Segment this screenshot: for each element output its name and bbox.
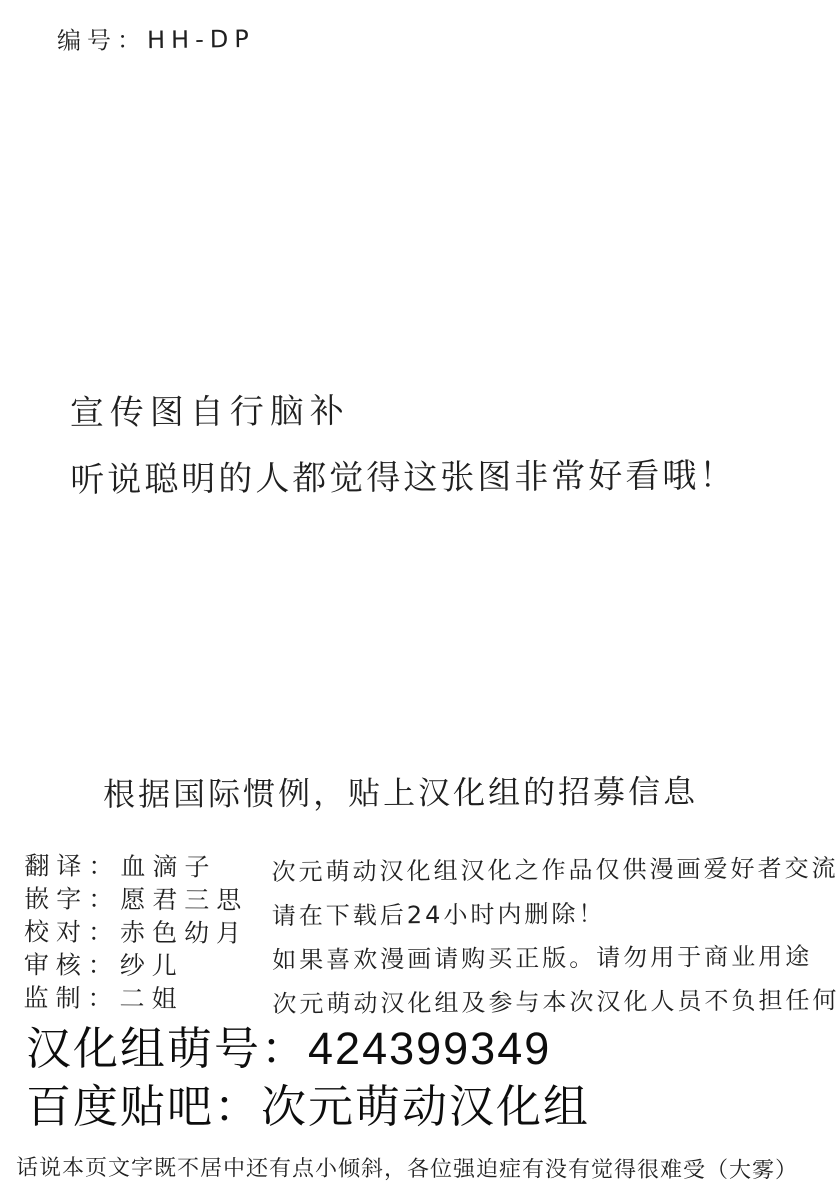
credit-name: 赤色幼月 [120, 918, 248, 948]
credit-row-translator: 翻译：血滴子 [24, 849, 248, 884]
recruit-header: 根据国际惯例，贴上汉化组的招募信息 [103, 766, 698, 815]
serial-number: 编号：HH-DP [57, 19, 255, 56]
footnote-joke: 话说本页文字既不居中还有点小倾斜，各位强迫症有没有觉得很难受（大雾） [16, 1151, 798, 1185]
scanlation-credits-page: 编号：HH-DP 宣传图自行脑补 听说聪明的人都觉得这张图非常好看哦！ 根据国际… [0, 0, 836, 1200]
credit-role: 监制 [23, 983, 87, 1012]
credits-list: 翻译：血滴子 嵌字：愿君三思 校对：赤色幼月 审核：纱儿 监制：二姐 [23, 849, 248, 1016]
credit-colon: ： [88, 885, 120, 914]
disclaimer-line-4: 次元萌动汉化组及参与本次汉化人员不负担任何责任 [272, 978, 836, 1026]
credit-name: 愿君三思 [120, 885, 248, 915]
credit-role: 校对 [24, 917, 88, 946]
promo-line-1: 宣传图自行脑补 [70, 381, 736, 435]
credit-colon: ： [88, 918, 120, 947]
credit-colon: ： [87, 984, 119, 1013]
credit-role: 翻译 [24, 851, 88, 880]
credit-row-supervisor: 监制：二姐 [23, 981, 247, 1016]
credit-colon: ： [88, 951, 120, 980]
qq-group-line: 汉化组萌号：424399349 [26, 1020, 590, 1078]
disclaimer-line-3: 如果喜欢漫画请购买正版。请勿用于商业用途 [272, 934, 836, 982]
credit-role: 审核 [24, 950, 88, 979]
credit-row-proofreader: 校对：赤色幼月 [24, 915, 248, 950]
credit-colon: ： [88, 852, 120, 881]
promo-line-2: 听说聪明的人都觉得这张图非常好看哦！ [70, 448, 736, 502]
credit-row-reviewer: 审核：纱儿 [24, 948, 248, 983]
credit-name: 血滴子 [120, 852, 216, 882]
credit-role: 嵌字 [24, 884, 88, 913]
disclaimer-line-1: 次元萌动汉化组汉化之作品仅供漫画爱好者交流 [271, 846, 836, 894]
tieba-name: 次元萌动汉化组 [261, 1081, 590, 1132]
promo-note: 宣传图自行脑补 听说聪明的人都觉得这张图非常好看哦！ [70, 381, 737, 502]
tieba-label: 百度贴吧： [26, 1081, 261, 1132]
credit-name: 二姐 [119, 984, 183, 1013]
credit-row-typesetter: 嵌字：愿君三思 [24, 882, 248, 917]
disclaimer-block: 次元萌动汉化组汉化之作品仅供漫画爱好者交流 请在下载后24小时内删除！ 如果喜欢… [271, 846, 836, 1026]
credit-name: 纱儿 [120, 951, 184, 980]
qq-group-label: 汉化组萌号： [26, 1023, 308, 1074]
tieba-line: 百度贴吧：次元萌动汉化组 [26, 1078, 590, 1136]
qq-group-number: 424399349 [308, 1023, 551, 1074]
disclaimer-line-2: 请在下载后24小时内删除！ [272, 890, 836, 938]
contact-info: 汉化组萌号：424399349 百度贴吧：次元萌动汉化组 [26, 1020, 590, 1136]
